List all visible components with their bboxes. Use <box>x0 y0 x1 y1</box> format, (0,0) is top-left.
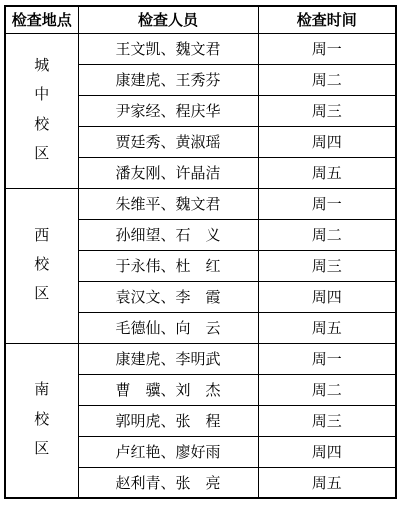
time-cell: 周三 <box>258 95 396 126</box>
location-label: 南校区 <box>34 376 49 464</box>
personnel-cell: 潘友刚、许晶洁 <box>78 157 258 188</box>
personnel-cell: 康建虎、李明武 <box>78 343 258 374</box>
personnel-cell: 赵利青、张 亮 <box>78 467 258 498</box>
time-cell: 周一 <box>258 33 396 64</box>
time-cell: 周五 <box>258 467 396 498</box>
header-time: 检查时间 <box>258 6 396 33</box>
personnel-cell: 袁汉文、李 霞 <box>78 281 258 312</box>
personnel-cell: 于永伟、杜 红 <box>78 250 258 281</box>
time-cell: 周二 <box>258 219 396 250</box>
personnel-cell: 朱维平、魏文君 <box>78 188 258 219</box>
time-cell: 周一 <box>258 188 396 219</box>
personnel-cell: 孙细望、石 义 <box>78 219 258 250</box>
location-cell-group2: 西校区 <box>5 188 78 343</box>
location-label: 城中校区 <box>34 52 49 169</box>
location-label: 西校区 <box>34 222 49 310</box>
time-cell: 周二 <box>258 374 396 405</box>
personnel-cell: 卢红艳、廖好雨 <box>78 436 258 467</box>
personnel-cell: 王文凯、魏文君 <box>78 33 258 64</box>
time-cell: 周一 <box>258 343 396 374</box>
header-location: 检查地点 <box>5 6 78 33</box>
time-cell: 周四 <box>258 281 396 312</box>
document-page: 检查地点 检查人员 检查时间 城中校区 王文凯、魏文君 周一 康建虎、王秀芬 周… <box>0 0 399 519</box>
time-cell: 周五 <box>258 157 396 188</box>
time-cell: 周二 <box>258 64 396 95</box>
header-personnel: 检查人员 <box>78 6 258 33</box>
inspection-schedule-table: 检查地点 检查人员 检查时间 城中校区 王文凯、魏文君 周一 康建虎、王秀芬 周… <box>4 5 397 499</box>
personnel-cell: 郭明虎、张 程 <box>78 405 258 436</box>
table-row: 西校区 朱维平、魏文君 周一 <box>5 188 396 219</box>
header-row: 检查地点 检查人员 检查时间 <box>5 6 396 33</box>
personnel-cell: 尹家经、程庆华 <box>78 95 258 126</box>
table-row: 城中校区 王文凯、魏文君 周一 <box>5 33 396 64</box>
time-cell: 周四 <box>258 126 396 157</box>
personnel-cell: 毛德仙、向 云 <box>78 312 258 343</box>
time-cell: 周三 <box>258 250 396 281</box>
time-cell: 周四 <box>258 436 396 467</box>
location-cell-group1: 城中校区 <box>5 33 78 188</box>
personnel-cell: 曹 骥、刘 杰 <box>78 374 258 405</box>
time-cell: 周三 <box>258 405 396 436</box>
personnel-cell: 康建虎、王秀芬 <box>78 64 258 95</box>
time-cell: 周五 <box>258 312 396 343</box>
personnel-cell: 贾廷秀、黄淑瑶 <box>78 126 258 157</box>
table-row: 南校区 康建虎、李明武 周一 <box>5 343 396 374</box>
location-cell-group3: 南校区 <box>5 343 78 498</box>
